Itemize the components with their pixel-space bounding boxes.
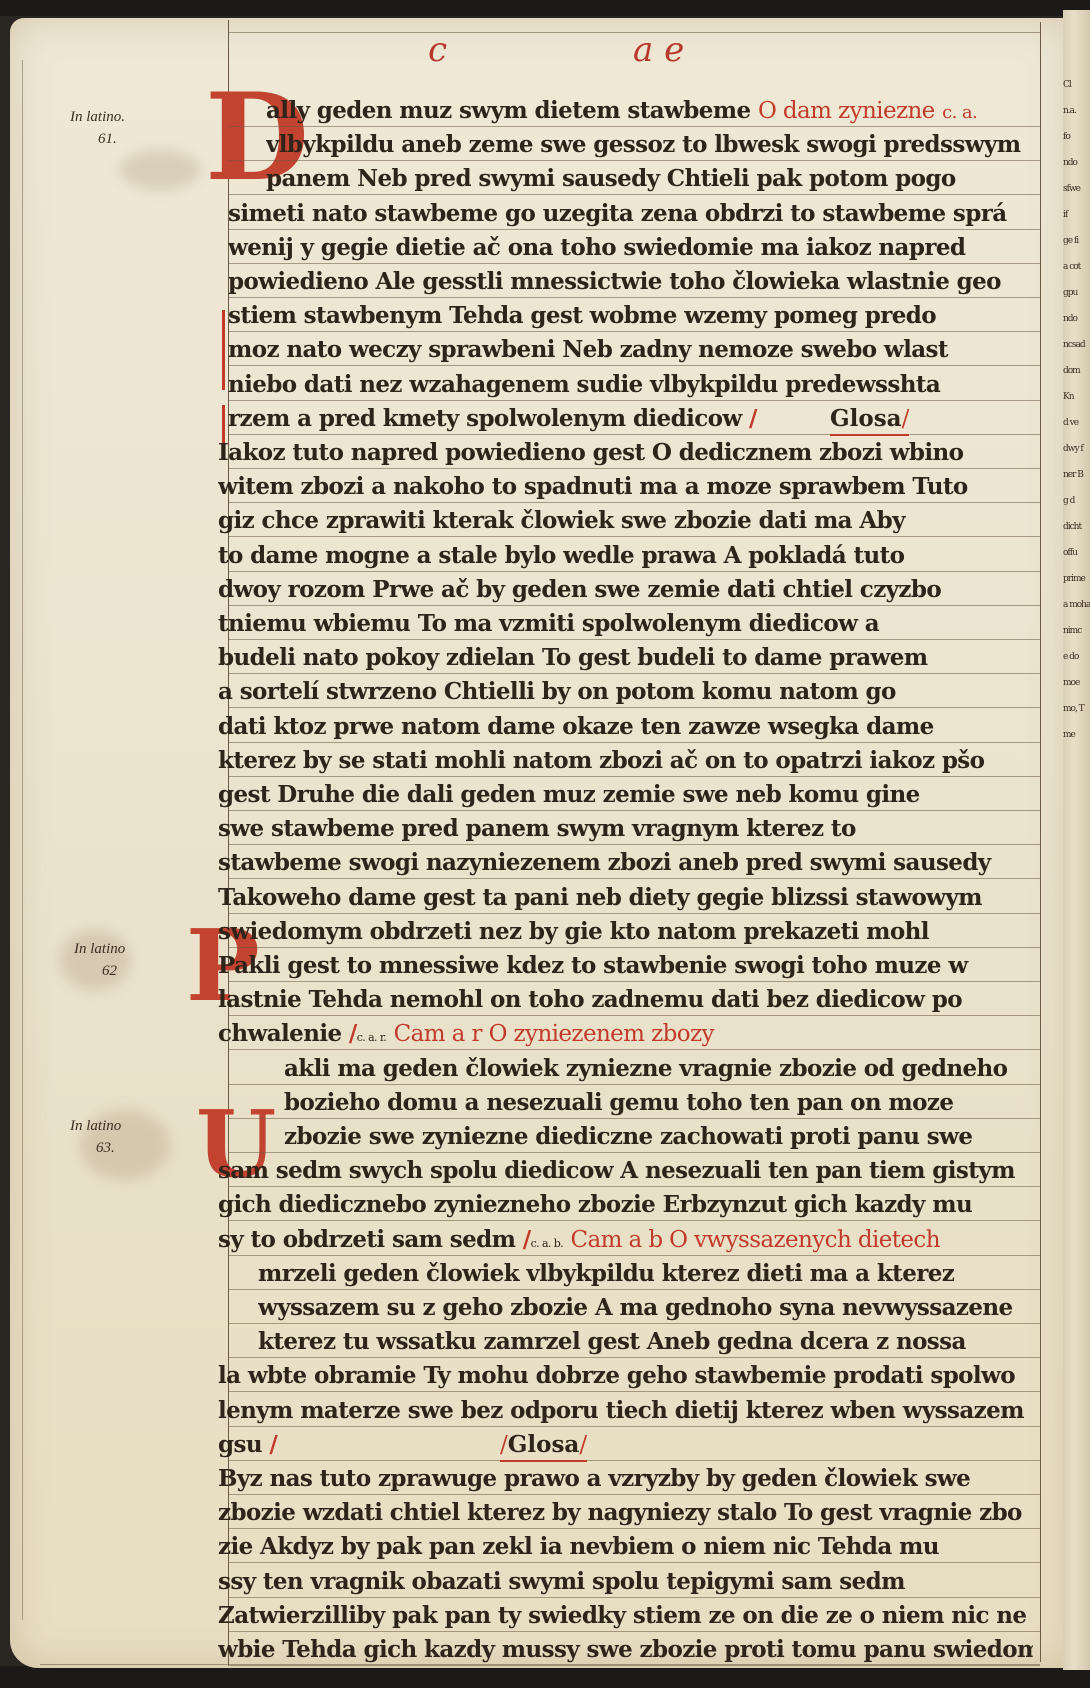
line-text: ally geden muz swym dietem stawbeme [266,97,751,124]
next-page-fragment: a moha [1063,600,1090,610]
margin-note-number: 62 [74,960,125,982]
text-line: ssy ten vragnik obazati swymi spolu tepi… [218,1567,1033,1601]
text-line: chwalenie /c. a. r. Cam a r O zyniezenem… [218,1019,1033,1053]
text-line: gich diedicznebo zyniezneho zbozie Erbzy… [218,1190,1033,1224]
text-line: wenij y gegie dietie ač ona toho swiedom… [228,233,1033,267]
next-page-fragment: offu [1063,548,1090,558]
line-text: zbozie swe zyniezne diediczne zachowati … [284,1123,972,1150]
text-line: stawbeme swogi nazyniezenem zbozi aneb p… [218,848,1033,882]
line-text: rzem a pred kmety spolwolenym diedicow [228,405,742,432]
margin-note-text: In latino [74,938,125,960]
text-line: vlbykpildu aneb zeme swe gessoz to lbwes… [266,130,1033,164]
next-page-fragment: prime [1063,574,1090,584]
text-line: la wbte obramie Ty mohu dobrze geho staw… [218,1361,1033,1395]
line-text: simeti nato stawbeme go uzegita zena obd… [228,200,1007,227]
line-ruling [228,1528,1040,1529]
margin-note-text: In latino. [70,106,125,128]
line-ruling [228,1323,1040,1324]
line-ruling [228,502,1040,503]
text-line: rzem a pred kmety spolwolenym diedicow / [228,404,1033,438]
line-text: giz chce zprawiti kterak člowiek swe zbo… [218,507,905,534]
next-page-fragment: ge fi [1063,236,1090,246]
margin-note-62: In latino 62 [74,938,125,982]
text-line: lenym materze swe bez odporu tiech dieti… [218,1396,1033,1430]
line-ruling [228,981,1040,982]
text-line: wyssazem su z geho zbozie A ma gednoho s… [258,1293,1033,1327]
rubric-ref: c. a. r. [357,1031,386,1044]
line-ruling [228,1426,1040,1427]
text-line: ally geden muz swym dietem stawbeme O da… [266,96,1033,130]
glosa-label: Glosa [508,1431,580,1458]
line-ruling [228,1118,1040,1119]
line-text: vlbykpildu aneb zeme swe gessoz to lbwes… [266,131,1020,158]
line-ruling [228,434,1040,435]
next-page-fragment: nimc [1063,626,1090,636]
line-text: powiedieno Ale gesstli mnessictwie toho … [228,268,1001,295]
line-ruling [228,1049,1040,1050]
next-page-fragment: ndo [1063,158,1090,168]
rubric-ref: c. a. b. [531,1237,563,1250]
line-text: ssy ten vragnik obazati swymi spolu tepi… [218,1568,905,1595]
line-ruling [228,365,1040,366]
line-ruling [228,263,1040,264]
next-page-fragment: mo, T [1063,704,1090,714]
margin-note-61: In latino. 61. [70,106,125,150]
text-line: swe stawbeme pred panem swym vragnym kte… [218,814,1033,848]
next-page-fragment: n.a. [1063,106,1090,116]
text-line: powiedieno Ale gesstli mnessictwie toho … [228,267,1033,301]
next-page-fragment: dom [1063,366,1090,376]
text-line: zie Akdyz by pak pan zekl ia nevbiem o n… [218,1532,1033,1566]
line-ruling [228,400,1040,401]
line-ruling [228,1289,1040,1290]
line-ruling [228,1562,1040,1563]
line-text: chwalenie [218,1020,342,1047]
line-ruling [228,571,1040,572]
line-text: tniemu wbiemu To ma vzmiti spolwolenym d… [218,610,879,637]
line-text: wyssazem su z geho zbozie A ma gednoho s… [258,1294,1013,1321]
text-line: zbozie swe zyniezne diediczne zachowati … [284,1122,1033,1156]
line-text: Byz nas tuto zprawuge prawo a vzryzby by… [218,1465,970,1492]
line-ruling [228,844,1040,845]
line-ruling [228,1015,1040,1016]
line-text: mrzeli geden člowiek vlbykpildu kterez d… [258,1260,954,1287]
next-page-fragment: if [1063,210,1090,220]
line-text: lastnie Tehda nemohl on toho zadnemu dat… [218,986,962,1013]
line-text: gich diedicznebo zyniezneho zbozie Erbzy… [218,1191,972,1218]
next-page-fragment: Cl [1063,80,1090,90]
line-ruling [228,1152,1040,1153]
margin-note-number: 63. [70,1137,121,1159]
line-ruling [228,194,1040,195]
next-page-fragment: ndo [1063,314,1090,324]
rubric-heading: Cam a r O zyniezenem zbozy [394,1021,714,1047]
rubric-heading: O dam zyniezne [758,98,935,124]
text-line: witem zbozi a nakoho to spadnuti ma a mo… [218,472,1033,506]
line-text: kterez by se stati mohli natom zbozi ač … [218,747,984,774]
line-text: kterez tu wssatku zamrzel gest Aneb gedn… [258,1328,966,1355]
text-line: Zatwierzilliby pak pan ty swiedky stiem … [218,1601,1033,1635]
text-line: dwoy rozom Prwe ač by geden swe zemie da… [218,575,1033,609]
rubric-ref: c. a. [942,102,977,123]
main-text: ally geden muz swym dietem stawbeme O da… [218,0,1033,1688]
line-ruling [228,1665,1040,1666]
text-line: to dame mogne a stale bylo wedle prawa A… [218,541,1033,575]
text-line: stiem stawbenym Tehda gest wobme wzemy p… [228,301,1033,335]
text-line: mrzeli geden člowiek vlbykpildu kterez d… [258,1259,1033,1293]
text-line: moz nato weczy sprawbeni Neb zadny nemoz… [228,335,1033,369]
line-text: wbie Tehda gich kazdy mussy swe zbozie p… [218,1636,1033,1663]
red-stroke: / [749,405,757,432]
line-text: zie Akdyz by pak pan zekl ia nevbiem o n… [218,1533,939,1560]
line-ruling [228,468,1040,469]
margin-note-number: 61. [70,128,125,150]
line-text: witem zbozi a nakoho to spadnuti ma a mo… [218,473,968,500]
text-line: niebo dati nez wzahagenem sudie vlbykpil… [228,370,1033,404]
line-ruling [228,331,1040,332]
text-line: kterez tu wssatku zamrzel gest Aneb gedn… [258,1327,1033,1361]
line-ruling [228,297,1040,298]
next-page-fragment: moe [1063,678,1090,688]
text-line: bozieho domu a nesezuali gemu toho ten p… [284,1088,1033,1122]
text-line: dati ktoz prwe natom dame okaze ten zawz… [218,712,1033,746]
next-page-fragment: Kn [1063,392,1090,402]
line-ruling [228,605,1040,606]
line-text: a sortelí stwrzeno Chtielli by on potom … [218,678,896,705]
text-line: giz chce zprawiti kterak člowiek swe zbo… [218,506,1033,540]
text-line: Pakli gest to mnessiwe kdez to stawbenie… [218,951,1033,985]
margin-note-63: In latino 63. [70,1115,121,1159]
line-ruling [228,1391,1040,1392]
text-line: swiedomym obdrzeti nez by gie kto natom … [218,917,1033,951]
line-ruling [228,1597,1040,1598]
line-text: bozieho domu a nesezuali gemu toho ten p… [284,1089,953,1116]
next-page-fragment: ner B [1063,470,1090,480]
line-ruling [228,742,1040,743]
right-text-ruling [1040,22,1041,1662]
glosa-heading: /Glosa/ [500,1430,587,1462]
rubric-heading: Cam a b O vwyssazenych dietech [570,1227,939,1253]
text-line: sy to obdrzeti sam sedm /c. a. b. Cam a … [218,1225,1033,1259]
text-line: simeti nato stawbeme go uzegita zena obd… [228,199,1033,233]
line-ruling [228,913,1040,914]
line-text: panem Neb pred swymi sausedy Chtieli pak… [266,165,956,192]
stain [120,150,200,190]
line-ruling [228,1084,1040,1085]
red-stroke: / [269,1431,277,1458]
text-line: akli ma geden člowiek zyniezne vragnie z… [284,1054,1033,1088]
text-line: Iakoz tuto napred powiedieno gest O dedi… [218,438,1033,472]
line-ruling [228,1460,1040,1461]
text-line: panem Neb pred swymi sausedy Chtieli pak… [266,164,1033,198]
line-text: wenij y gegie dietie ač ona toho swiedom… [228,234,965,261]
line-text: lenym materze swe bez odporu tiech dieti… [218,1397,1024,1424]
glosa-heading: Glosa/ [830,404,909,436]
line-text: akli ma geden člowiek zyniezne vragnie z… [284,1055,1007,1082]
line-ruling [228,1631,1040,1632]
margin-note-text: In latino [70,1115,121,1137]
next-page-fragment: sfwe [1063,184,1090,194]
line-ruling [228,1357,1040,1358]
red-stroke: / [349,1020,357,1047]
line-text: zbozie wzdati chtiel kterez by nagyniezy… [218,1499,1022,1526]
line-text: sy to obdrzeti sam sedm [218,1226,515,1253]
next-page-fragment: fo [1063,132,1090,142]
next-page-fragment: a cot [1063,262,1090,272]
line-ruling [228,1255,1040,1256]
line-text: Zatwierzilliby pak pan ty swiedky stiem … [218,1602,1026,1629]
line-ruling [228,878,1040,879]
line-ruling [228,810,1040,811]
next-page-fragment: d ve [1063,418,1090,428]
line-text: la wbte obramie Ty mohu dobrze geho staw… [218,1362,1015,1389]
text-line: Takoweho dame gest ta pani neb diety geg… [218,883,1033,917]
line-text: budeli nato pokoy zdielan To gest budeli… [218,644,927,671]
red-stroke: / [523,1226,531,1253]
text-line: a sortelí stwrzeno Chtielli by on potom … [218,677,1033,711]
line-text: swe stawbeme pred panem swym vragnym kte… [218,815,856,842]
line-text: moz nato weczy sprawbeni Neb zadny nemoz… [228,336,948,363]
line-text: dati ktoz prwe natom dame okaze ten zawz… [218,713,934,740]
next-page-fragment: g d [1063,496,1090,506]
line-ruling [228,126,1040,127]
line-text: Takoweho dame gest ta pani neb diety geg… [218,884,982,911]
line-text: niebo dati nez wzahagenem sudie vlbykpil… [228,371,940,398]
text-line: zbozie wzdati chtiel kterez by nagyniezy… [218,1498,1033,1532]
line-ruling [228,536,1040,537]
text-line: tniemu wbiemu To ma vzmiti spolwolenym d… [218,609,1033,643]
line-text: gsu [218,1431,262,1458]
line-ruling [228,673,1040,674]
line-ruling [228,229,1040,230]
text-line: lastnie Tehda nemohl on toho zadnemu dat… [218,985,1033,1019]
line-ruling [228,947,1040,948]
text-line: wbie Tehda gich kazdy mussy swe zbozie p… [218,1635,1033,1669]
next-page-fragment: me [1063,730,1090,740]
line-text: to dame mogne a stale bylo wedle prawa A… [218,542,904,569]
line-text: Iakoz tuto napred powiedieno gest O dedi… [218,439,963,466]
next-page-fragment: ncsad [1063,340,1090,350]
next-page-fragment: dicht [1063,522,1090,532]
outer-margin-ruling [22,60,23,1620]
next-page-fragment: gpu [1063,288,1090,298]
line-ruling [228,707,1040,708]
line-text: gest Druhe die dali geden muz zemie swe … [218,781,920,808]
line-ruling [228,1220,1040,1221]
line-text: stiem stawbenym Tehda gest wobme wzemy p… [228,302,936,329]
next-page-fragment: dwy f [1063,444,1090,454]
line-ruling [228,776,1040,777]
next-page-edge: Cln.a.fondosfweifge fia cotgpundoncsaddo… [1063,10,1090,1670]
line-text: sam sedm swych spolu diedicow A nesezual… [218,1157,1015,1184]
line-text: swiedomym obdrzeti nez by gie kto natom … [218,918,929,945]
text-line: budeli nato pokoy zdielan To gest budeli… [218,643,1033,677]
text-line: sam sedm swych spolu diedicow A nesezual… [218,1156,1033,1190]
line-ruling [228,1186,1040,1187]
text-line: kterez by se stati mohli natom zbozi ač … [218,746,1033,780]
line-text: stawbeme swogi nazyniezenem zbozi aneb p… [218,849,991,876]
text-line: gest Druhe die dali geden muz zemie swe … [218,780,1033,814]
text-line: gsu / [218,1430,1033,1464]
line-text: dwoy rozom Prwe ač by geden swe zemie da… [218,576,941,603]
next-page-fragment: e do [1063,652,1090,662]
line-ruling [228,639,1040,640]
line-ruling [228,160,1040,161]
glosa-label: Glosa [830,405,902,432]
line-text: Pakli gest to mnessiwe kdez to stawbenie… [218,952,968,979]
line-ruling [228,1494,1040,1495]
text-line: Byz nas tuto zprawuge prawo a vzryzby by… [218,1464,1033,1498]
